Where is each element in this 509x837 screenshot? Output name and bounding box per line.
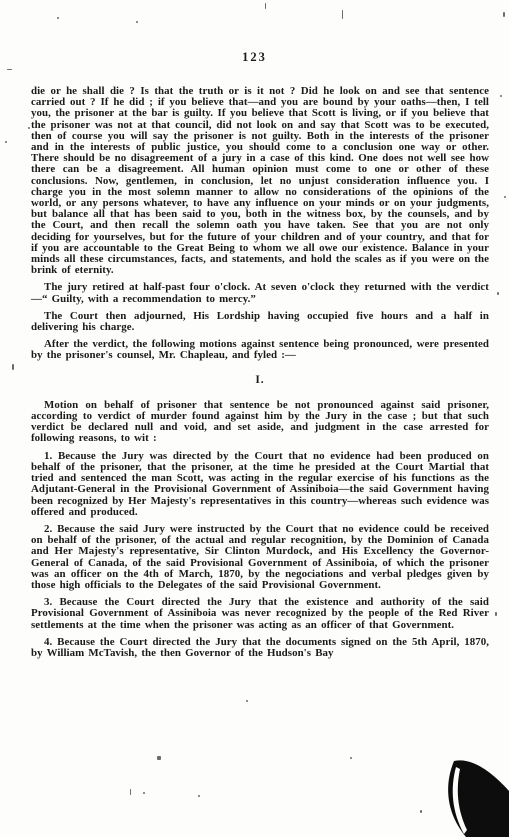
scan-speckle [497, 292, 499, 295]
scan-speckle [495, 612, 497, 616]
scanned-document-page: 123 die or he shall die ? Is that the tr… [0, 0, 509, 837]
paragraph: The Court then adjourned, His Lordship h… [31, 311, 489, 333]
scan-speckle [504, 196, 506, 198]
paragraph: 2. Because the said Jury were instructed… [31, 524, 489, 591]
scan-speckle [342, 10, 343, 19]
scan-speckle [503, 12, 505, 17]
scan-speckle [198, 795, 200, 797]
scan-speckle [5, 141, 7, 143]
scan-speckle [136, 21, 138, 23]
paragraph: 4. Because the Court directed the Jury t… [31, 637, 489, 659]
scan-corner-artifact [439, 757, 509, 837]
paragraph: die or he shall die ? Is that the truth … [31, 86, 489, 276]
scan-speckle [500, 95, 502, 97]
page-body: die or he shall die ? Is that the truth … [31, 86, 489, 665]
scan-speckle [12, 364, 14, 370]
scan-speckle [350, 757, 352, 759]
paragraph: 3. Because the Court directed the Jury t… [31, 597, 489, 631]
scan-speckle [265, 3, 266, 9]
paragraph: After the verdict, the following motions… [31, 339, 489, 361]
paragraph: Motion on behalf of prisoner that senten… [31, 400, 489, 445]
paragraph: The jury retired at half-past four o'clo… [31, 282, 489, 304]
scan-speckle [130, 789, 131, 795]
scan-speckle [157, 756, 161, 760]
scan-speckle [28, 127, 30, 129]
scan-speckle [7, 69, 12, 70]
scan-speckle [246, 700, 248, 702]
scan-speckle [143, 792, 145, 794]
scan-speckle [57, 17, 59, 19]
section-heading: I. [31, 375, 489, 386]
page-number: 123 [0, 50, 509, 65]
paragraph: 1. Because the Jury was directed by the … [31, 451, 489, 518]
scan-speckle [420, 810, 422, 813]
